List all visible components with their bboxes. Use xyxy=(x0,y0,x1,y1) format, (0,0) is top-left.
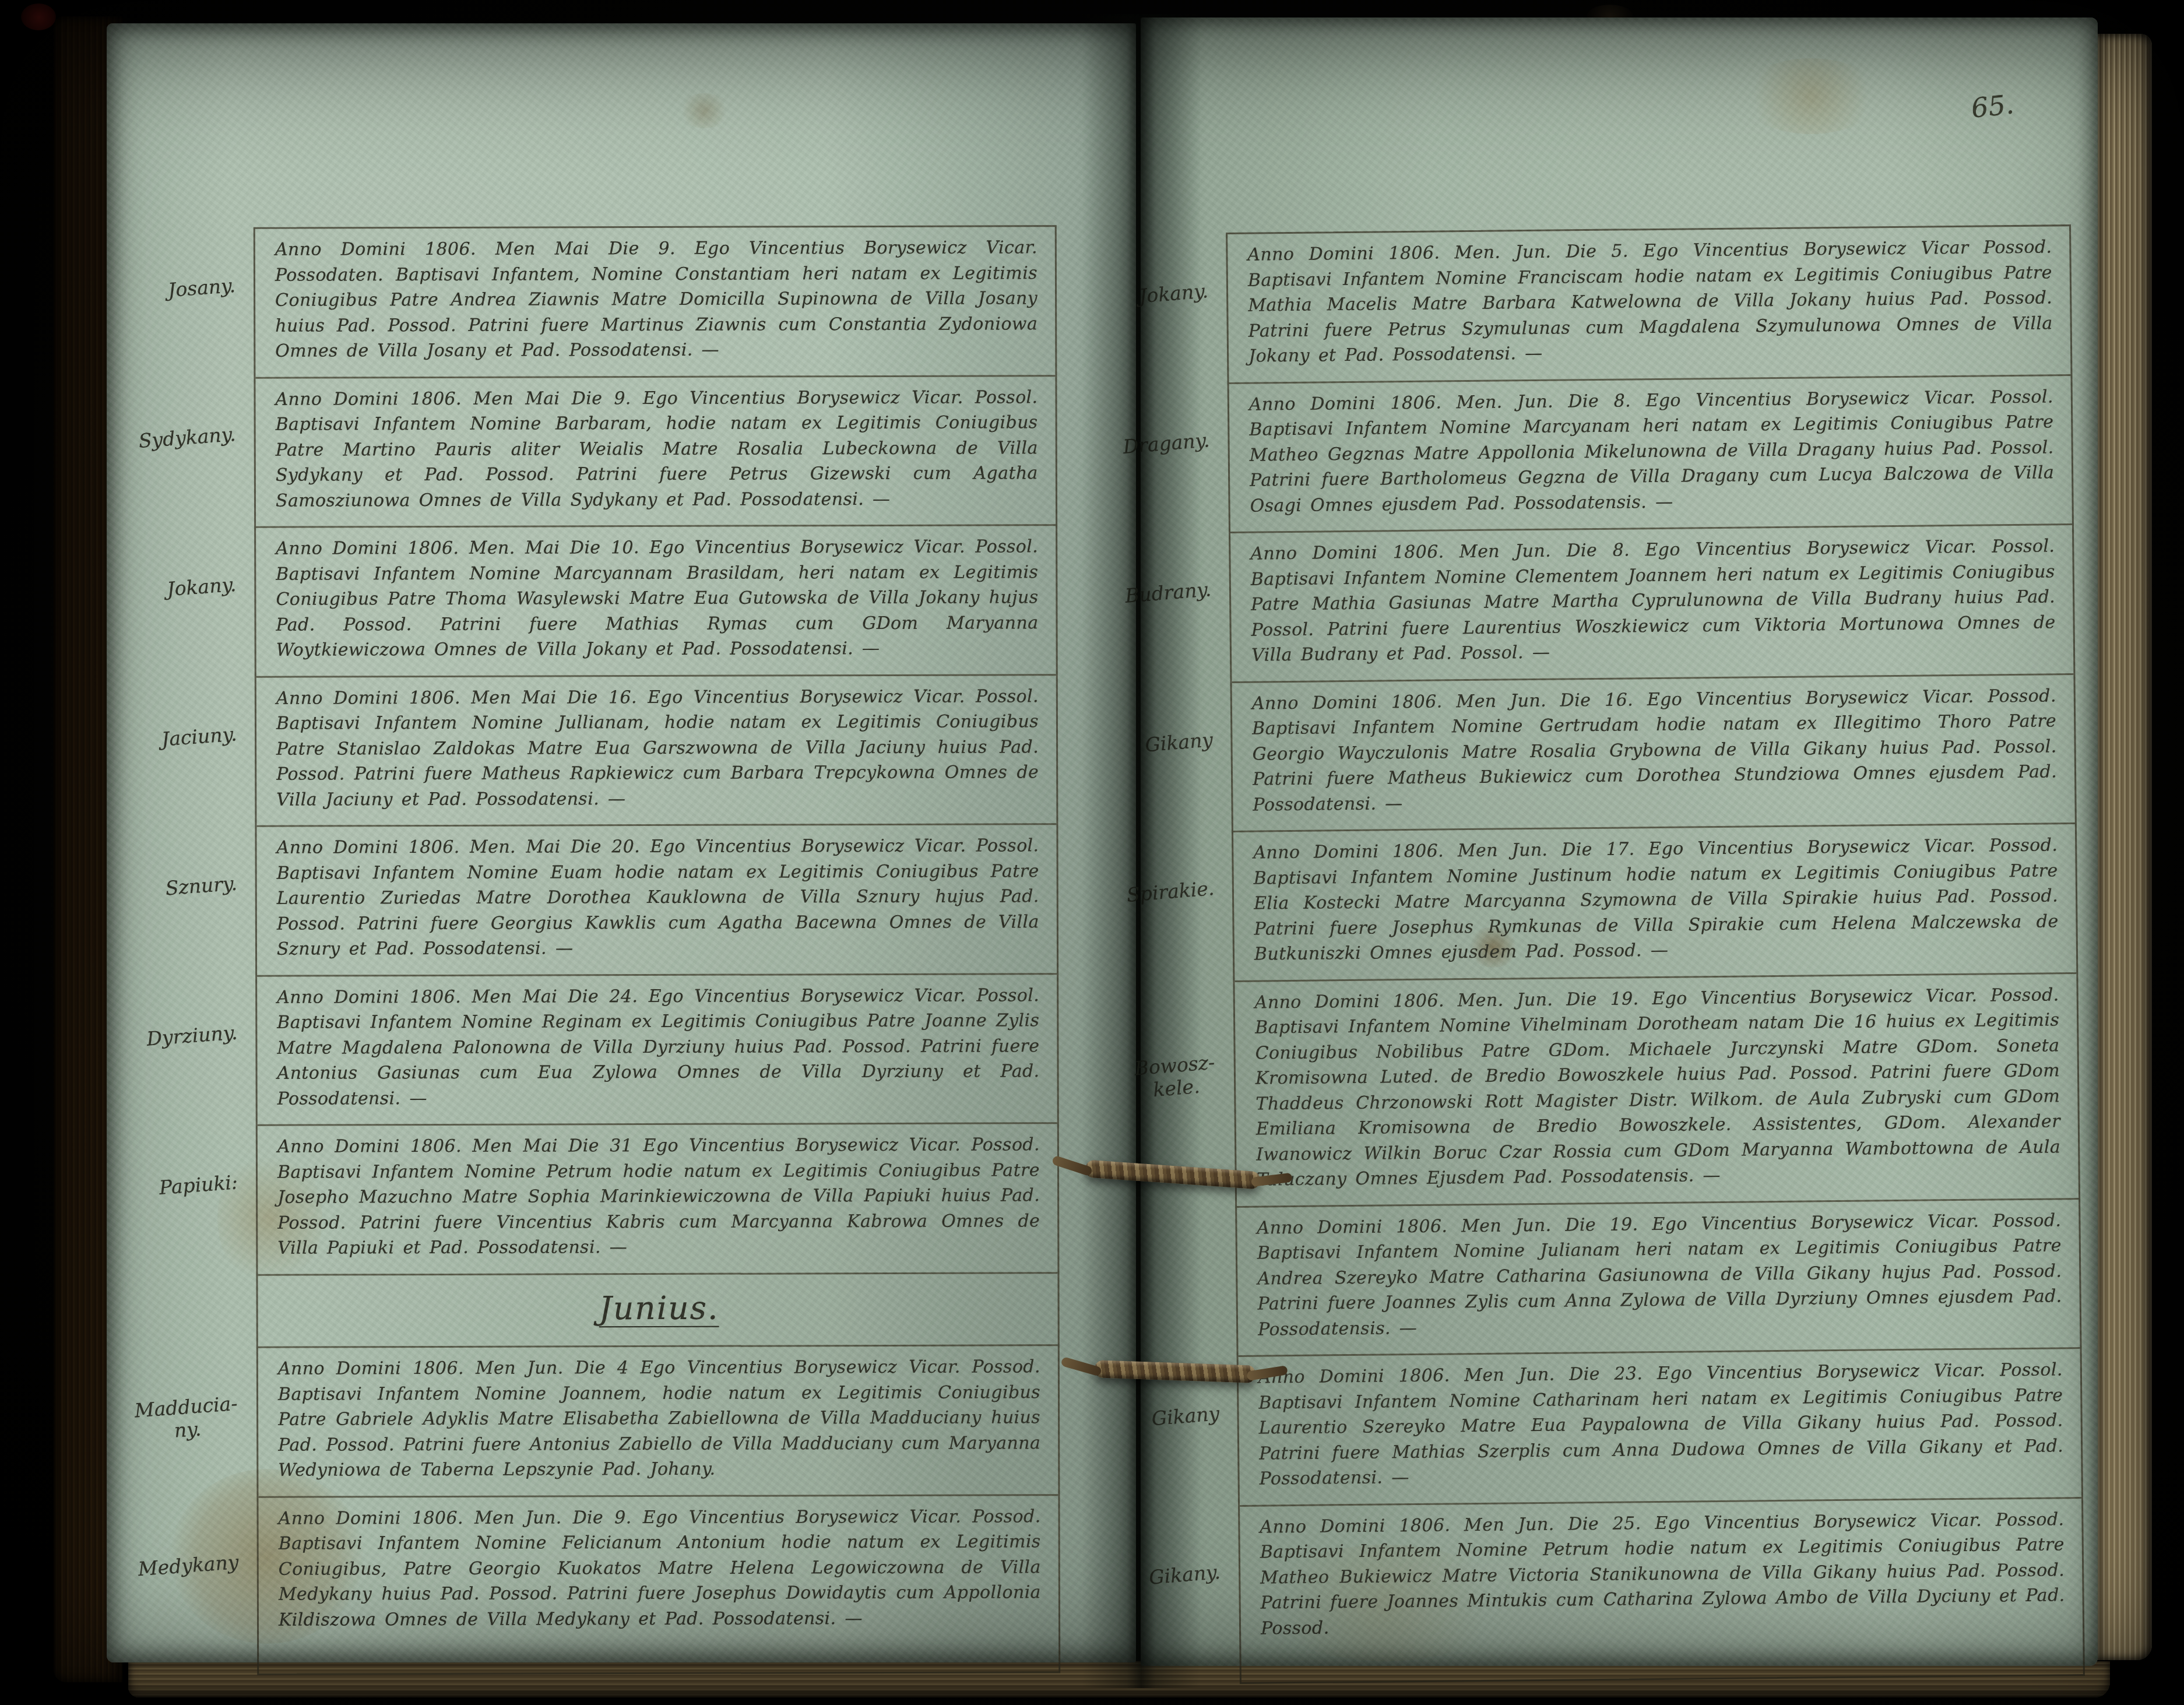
baptism-entry-text: Anno Domini 1806. Men. Mai Die 20. Ego V… xyxy=(276,833,1039,962)
photo-corner-mark xyxy=(21,3,56,30)
register-row: Gikany. Anno Domini 1806. Men Jun. Die 2… xyxy=(1240,1499,2083,1682)
baptism-entry-text: Anno Domini 1806. Men Mai Die 9. Ego Vin… xyxy=(275,385,1038,514)
register-row: Sznury. Anno Domini 1806. Men. Mai Die 2… xyxy=(256,825,1057,976)
baptism-entry-text: Anno Domini 1806. Men Jun. Die 19. Ego V… xyxy=(1257,1208,2062,1342)
margin-village-label: Madducia- ny. xyxy=(134,1392,240,1445)
baptism-entry-text: Anno Domini 1806. Men Jun. Die 25. Ego V… xyxy=(1260,1507,2065,1641)
baptism-entry-text: Anno Domini 1806. Men. Jun. Die 8. Ego V… xyxy=(1249,384,2055,519)
register-row: Dragany. Anno Domini 1806. Men. Jun. Die… xyxy=(1229,376,2072,533)
register-row: Bowosz- kele. Anno Domini 1806. Men. Jun… xyxy=(1235,974,2079,1208)
margin-village-label: Papiuki: xyxy=(159,1170,238,1199)
margin-village-label: Medykany xyxy=(138,1551,240,1580)
margin-village-label: Jokany. xyxy=(166,573,237,600)
register-row: Gikany Anno Domini 1806. Men Jun. Die 23… xyxy=(1239,1349,2081,1506)
margin-village-label: Sydykany. xyxy=(138,423,237,452)
register-row: Jokany. Anno Domini 1806. Men. Mai Die 1… xyxy=(256,526,1056,677)
margin-village-label: Gikany. xyxy=(1148,1560,1221,1589)
margin-village-label: Gikany xyxy=(1151,1402,1220,1430)
margin-village-label: Dyrziuny. xyxy=(146,1021,238,1050)
register-row: Spirakie. Anno Domini 1806. Men Jun. Die… xyxy=(1233,824,2076,982)
margin-village-label: Josany. xyxy=(167,274,236,301)
left-page: Josany. Anno Domini 1806. Men Mai Die 9.… xyxy=(107,23,1136,1662)
register-row: Anno Domini 1806. Men Jun. Die 19. Ego V… xyxy=(1237,1200,2080,1357)
baptism-entry-text: Anno Domini 1806. Men Jun. Die 23. Ego V… xyxy=(1258,1357,2064,1492)
baptism-entry-text: Anno Domini 1806. Men Mai Die 16. Ego Vi… xyxy=(276,684,1039,813)
margin-village-label: Budrany. xyxy=(1124,578,1212,607)
baptism-entry-text: Junius. xyxy=(277,1282,1040,1334)
register-row: Dyrziuny. Anno Domini 1806. Men Mai Die … xyxy=(257,975,1057,1126)
right-page-table: Jokany. Anno Domini 1806. Men. Jun. Die … xyxy=(1226,224,2085,1684)
book-photo: Josany. Anno Domini 1806. Men Mai Die 9.… xyxy=(0,0,2184,1705)
baptism-entry-text: Anno Domini 1806. Men. Mai Die 10. Ego V… xyxy=(276,534,1039,663)
register-row: Josany. Anno Domini 1806. Men Mai Die 9.… xyxy=(255,227,1056,378)
margin-village-label: Sznury. xyxy=(164,872,238,900)
baptism-entry-text: Anno Domini 1806. Men. Jun. Die 19. Ego … xyxy=(1255,982,2061,1193)
baptism-entry-text: Anno Domini 1806. Men Mai Die 31 Ego Vin… xyxy=(277,1132,1040,1261)
month-header-row: Junius. xyxy=(258,1274,1057,1348)
baptism-entry-text: Anno Domini 1806. Men Jun. Die 4 Ego Vin… xyxy=(278,1355,1041,1483)
register-row: Budrany. Anno Domini 1806. Men Jun. Die … xyxy=(1230,525,2073,683)
right-page: 65. Jokany. Anno Domini 1806. Men. Jun. … xyxy=(1141,17,2098,1666)
baptism-entry-text: Anno Domini 1806. Men Mai Die 9. Ego Vin… xyxy=(275,235,1038,364)
margin-village-label: Bowosz- kele. xyxy=(1134,1051,1217,1103)
stain xyxy=(1741,58,1881,134)
register-row: Gikany Anno Domini 1806. Men Jun. Die 16… xyxy=(1232,675,2074,832)
baptism-entry-text: Anno Domini 1806. Men. Jun. Die 5. Ego V… xyxy=(1247,234,2053,369)
margin-village-label: Gikany xyxy=(1144,728,1214,756)
stain xyxy=(678,93,730,128)
register-row: Jokany. Anno Domini 1806. Men. Jun. Die … xyxy=(1228,226,2070,384)
baptism-entry-text: Anno Domini 1806. Men Jun. Die 9. Ego Vi… xyxy=(278,1504,1041,1633)
register-row: Madducia- ny. Anno Domini 1806. Men Jun.… xyxy=(258,1346,1058,1497)
left-page-table: Josany. Anno Domini 1806. Men Mai Die 9.… xyxy=(254,225,1060,1675)
register-row: Medykany Anno Domini 1806. Men Jun. Die … xyxy=(258,1496,1058,1674)
margin-village-label: Jokany. xyxy=(1138,279,1209,307)
baptism-entry-text: Anno Domini 1806. Men Mai Die 24. Ego Vi… xyxy=(277,983,1040,1112)
margin-village-label: Jaciuny. xyxy=(161,722,238,750)
margin-village-label: Spirakie. xyxy=(1126,877,1215,906)
baptism-entry-text: Anno Domini 1806. Men Jun. Die 8. Ego Vi… xyxy=(1250,533,2056,668)
register-row: Sydykany. Anno Domini 1806. Men Mai Die … xyxy=(255,377,1056,528)
register-row: Jaciuny. Anno Domini 1806. Men Mai Die 1… xyxy=(256,676,1057,827)
baptism-entry-text: Anno Domini 1806. Men Jun. Die 16. Ego V… xyxy=(1252,683,2058,818)
page-number: 65. xyxy=(1970,88,2015,124)
register-row: Papiuki: Anno Domini 1806. Men Mai Die 3… xyxy=(258,1124,1058,1275)
baptism-entry-text: Anno Domini 1806. Men Jun. Die 17. Ego V… xyxy=(1253,832,2059,967)
book-fore-edge-right xyxy=(2096,34,2152,1660)
